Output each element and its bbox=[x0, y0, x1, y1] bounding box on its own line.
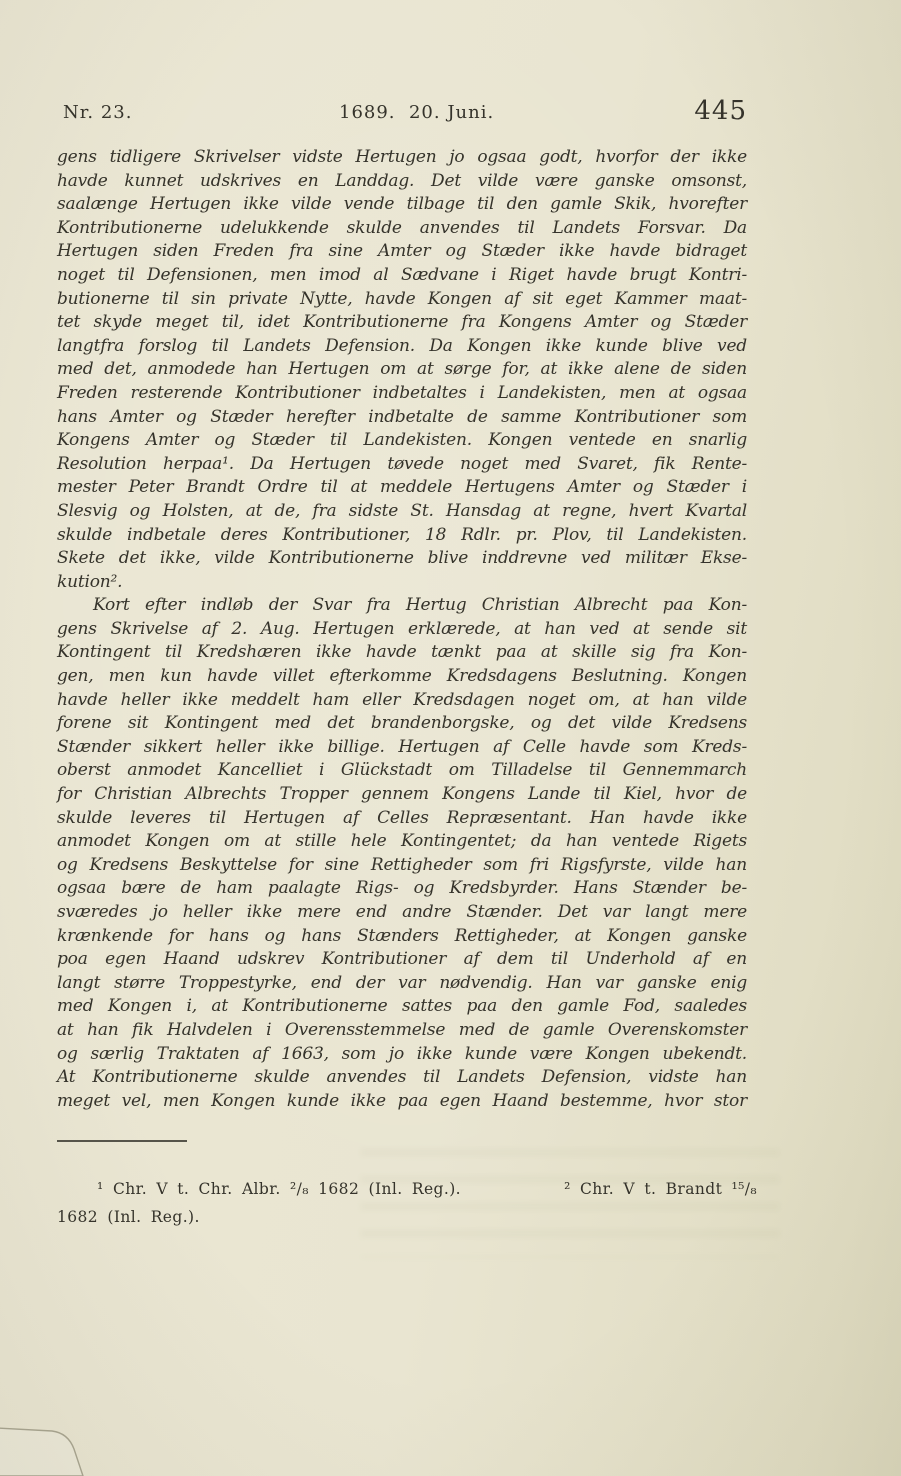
text-line: Freden resterende Kontributioner indbeta… bbox=[57, 382, 747, 406]
text-line: skulde indbetale deres Kontributioner, 1… bbox=[57, 524, 747, 548]
text-line: hans Amter og Stæder herefter indbetalte… bbox=[57, 406, 747, 430]
text-line: Resolution herpaa¹. Da Hertugen tøvede n… bbox=[57, 453, 747, 477]
text-line: meget vel, men Kongen kunde ikke paa ege… bbox=[57, 1090, 747, 1114]
paragraph-2: Kort efter indløb der Svar fra Hertug Ch… bbox=[57, 594, 747, 1113]
footnote-2-continuation: 1682 (Inl. Reg.). bbox=[57, 1206, 747, 1228]
text-line: mester Peter Brandt Ordre til at meddele… bbox=[57, 476, 747, 500]
text-line: havde heller ikke meddelt ham eller Kred… bbox=[57, 689, 747, 713]
reverse-page-bleedthrough bbox=[360, 1148, 780, 1258]
text-line: poa egen Haand udskrev Kontributioner af… bbox=[57, 948, 747, 972]
text-line: Stænder sikkert heller ikke billige. Her… bbox=[57, 736, 747, 760]
text-line: at han fik Halvdelen i Overensstemmelse … bbox=[57, 1019, 747, 1043]
text-line: Kontributionerne udelukkende skulde anve… bbox=[57, 217, 747, 241]
footnote-2-start: ² Chr. V t. Brandt ¹⁵/₈ bbox=[564, 1178, 757, 1200]
text-line: Slesvig og Holsten, at de, fra sidste St… bbox=[57, 500, 747, 524]
text-line: saalænge Hertugen ikke vilde vende tilba… bbox=[57, 193, 747, 217]
paragraph-1: gens tidligere Skrivelser vidste Hertuge… bbox=[57, 146, 747, 594]
text-line: noget til Defensionen, men imod al Sædva… bbox=[57, 264, 747, 288]
text-line: At Kontributionerne skulde anvendes til … bbox=[57, 1066, 747, 1090]
text-line: for Christian Albrechts Tropper gennem K… bbox=[57, 783, 747, 807]
text-line: med det, anmodede han Hertugen om at sør… bbox=[57, 358, 747, 382]
page-corner-outline bbox=[0, 1414, 130, 1476]
scanned-book-page: Nr. 23. 1689. 20. Juni. 445 gens tidlige… bbox=[0, 0, 901, 1476]
text-line: langt større Troppestyrke, end der var n… bbox=[57, 972, 747, 996]
text-line: gens Skrivelse af 2. Aug. Hertugen erklæ… bbox=[57, 618, 747, 642]
text-line: langtfra forslog til Landets Defension. … bbox=[57, 335, 747, 359]
text-line: og Kredsens Beskyttelse for sine Rettigh… bbox=[57, 854, 747, 878]
text-line: gens tidligere Skrivelser vidste Hertuge… bbox=[57, 146, 747, 170]
text-line: kution². bbox=[57, 571, 747, 595]
text-line: butionerne til sin private Nytte, havde … bbox=[57, 288, 747, 312]
text-line: Skete det ikke, vilde Kontributionerne b… bbox=[57, 547, 747, 571]
text-line: forene sit Kontingent med det brandenbor… bbox=[57, 712, 747, 736]
page-header: Nr. 23. 1689. 20. Juni. 445 bbox=[57, 96, 747, 128]
text-line: gen, men kun havde villet efterkomme Kre… bbox=[57, 665, 747, 689]
text-line: havde kunnet udskrives en Landdag. Det v… bbox=[57, 170, 747, 194]
text-line: Hertugen siden Freden fra sine Amter og … bbox=[57, 240, 747, 264]
header-date: 1689. 20. Juni. bbox=[339, 102, 494, 123]
text-line: krænkende for hans og hans Stænders Rett… bbox=[57, 925, 747, 949]
footnote-line-1: ¹ Chr. V t. Chr. Albr. ²/₈ 1682 (Inl. Re… bbox=[57, 1178, 757, 1200]
text-line: skulde leveres til Hertugen af Celles Re… bbox=[57, 807, 747, 831]
text-line: Kort efter indløb der Svar fra Hertug Ch… bbox=[57, 594, 747, 618]
text-line: Kongens Amter og Stæder til Landekisten.… bbox=[57, 429, 747, 453]
document-number: Nr. 23. bbox=[63, 102, 132, 123]
page-number: 445 bbox=[694, 96, 747, 126]
text-line: og særlig Traktaten af 1663, som jo ikke… bbox=[57, 1043, 747, 1067]
text-line: Kontingent til Kredshæren ikke havde tæn… bbox=[57, 641, 747, 665]
text-line: sværedes jo heller ikke mere end andre S… bbox=[57, 901, 747, 925]
footnote-separator bbox=[57, 1140, 187, 1142]
body-text: gens tidligere Skrivelser vidste Hertuge… bbox=[57, 146, 747, 1113]
text-line: ogsaa bære de ham paalagte Rigs- og Kred… bbox=[57, 877, 747, 901]
text-line: oberst anmodet Kancelliet i Glückstadt o… bbox=[57, 759, 747, 783]
text-line: med Kongen i, at Kontributionerne sattes… bbox=[57, 995, 747, 1019]
text-line: tet skyde meget til, idet Kontributioner… bbox=[57, 311, 747, 335]
footnote-1: ¹ Chr. V t. Chr. Albr. ²/₈ 1682 (Inl. Re… bbox=[97, 1178, 461, 1200]
text-line: anmodet Kongen om at stille hele Konting… bbox=[57, 830, 747, 854]
